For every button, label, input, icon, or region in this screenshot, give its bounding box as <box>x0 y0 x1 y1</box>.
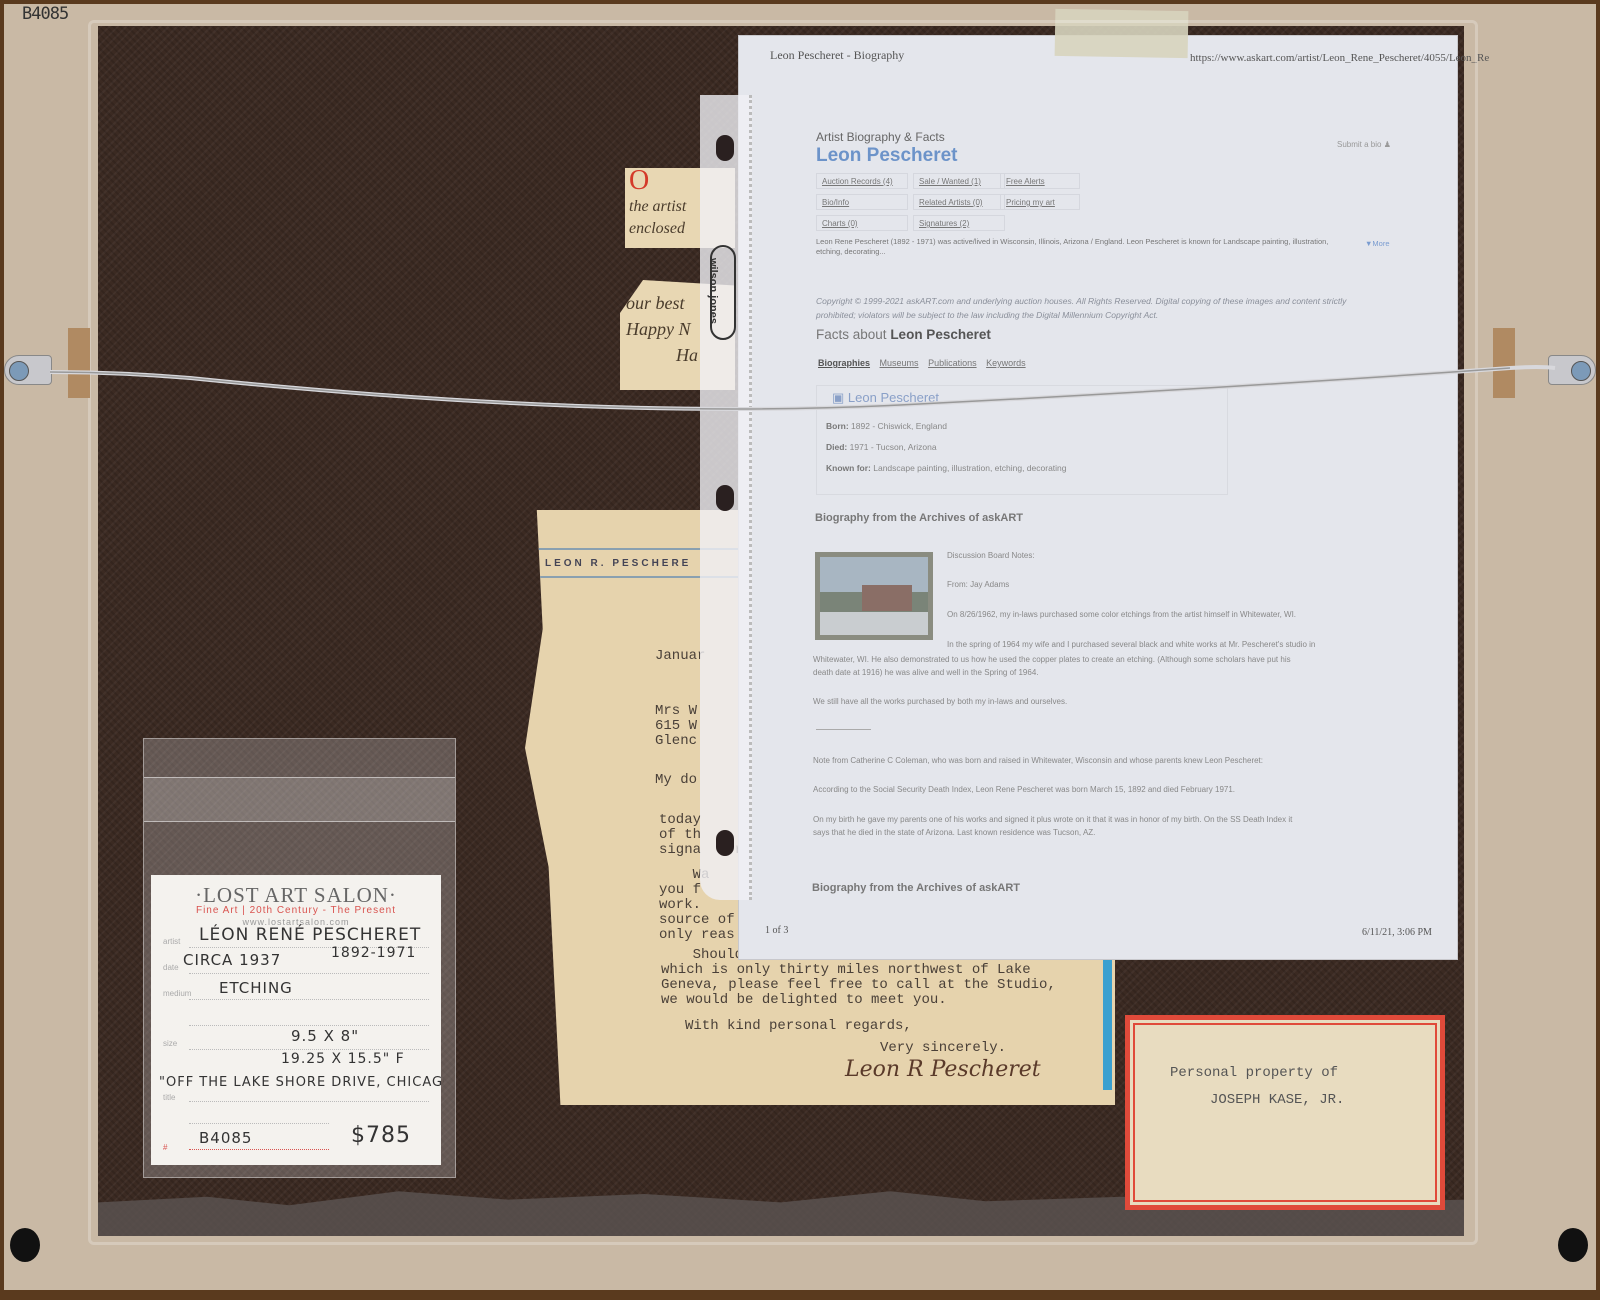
d-ring-hanger-right <box>1548 355 1596 385</box>
screw-icon <box>1571 361 1591 381</box>
bumper-pad-left <box>10 1228 40 1262</box>
bumper-pad-right <box>1558 1228 1588 1262</box>
tape-strip-right <box>1493 328 1515 398</box>
inventory-code: B4085 <box>22 4 68 24</box>
plastic-cover <box>88 20 1478 1245</box>
d-ring-hanger-left <box>4 355 52 385</box>
screw-icon <box>9 361 29 381</box>
tape-strip-left <box>68 328 90 398</box>
